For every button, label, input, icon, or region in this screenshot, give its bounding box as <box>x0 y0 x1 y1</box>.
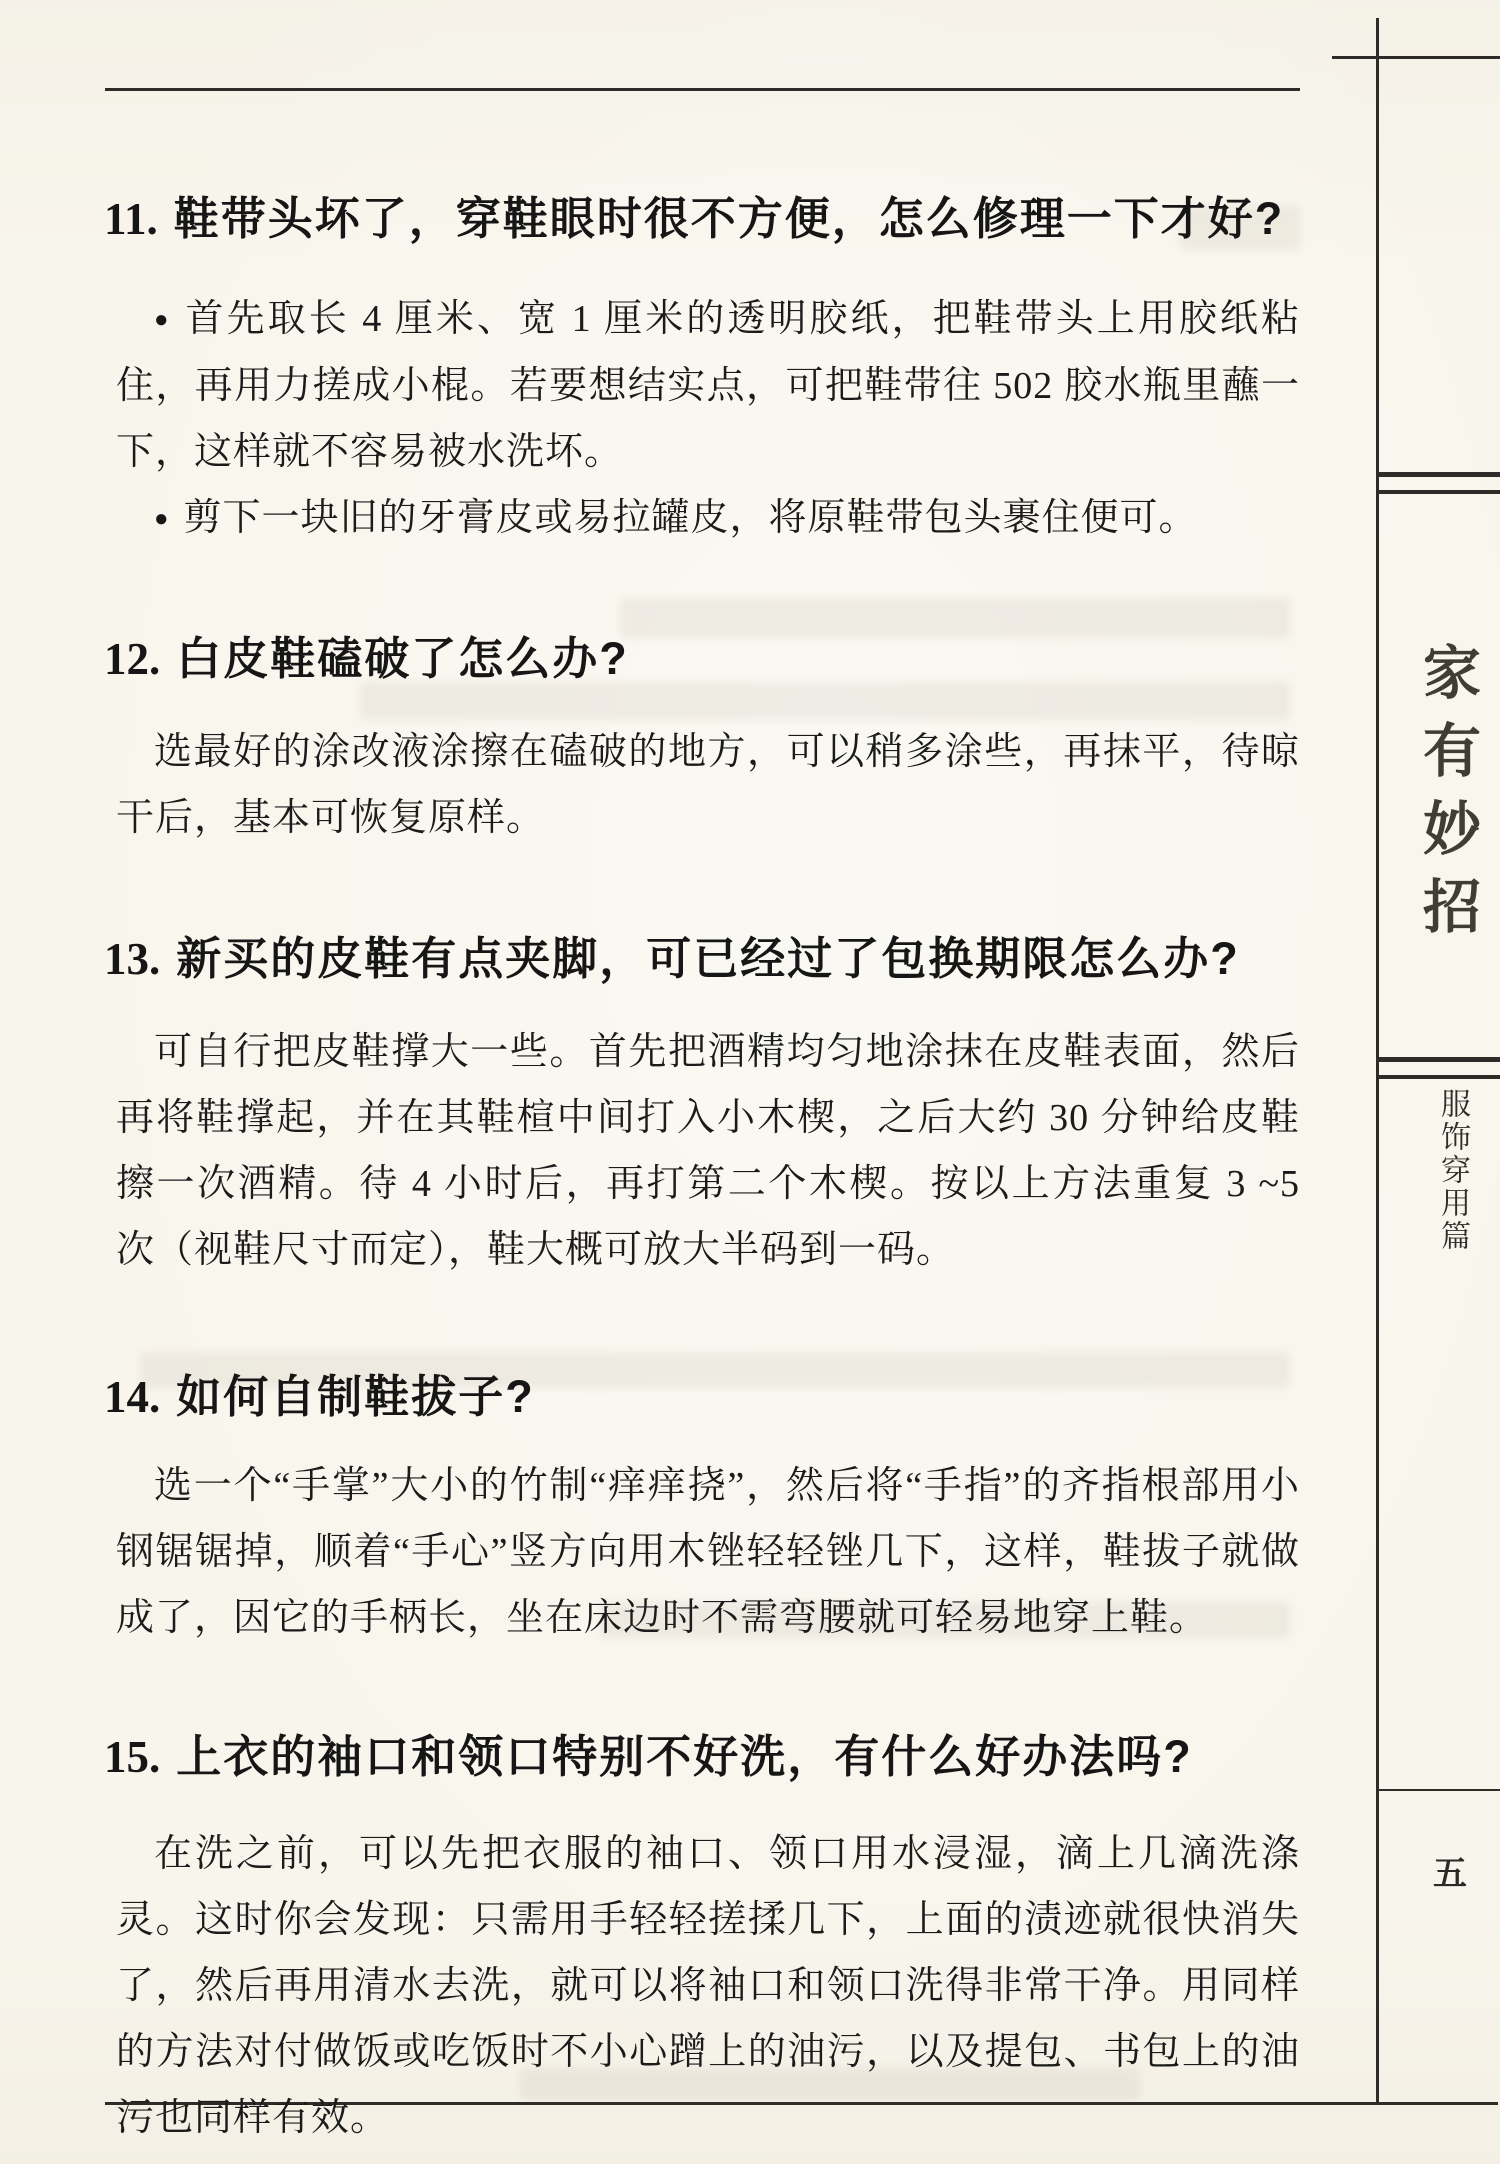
margin-top-right-line <box>1332 56 1500 59</box>
section-12-body: 选最好的涂改液涂擦在磕破的地方，可以稍多涂些，再抹平，待晾干后，基本可恢复原样。 <box>116 719 1300 851</box>
tip-bullet-paragraph: ●剪下一块旧的牙膏皮或易拉罐皮，将原鞋带包头裹住便可。 <box>116 485 1300 552</box>
tip-number: 15. <box>104 1732 160 1782</box>
tip-number: 13. <box>104 934 160 984</box>
book-page-scan: { "page": { "bullet_char": "●", "section… <box>0 0 1500 2164</box>
bullet-icon: ● <box>154 287 170 353</box>
sidebar-chapter-label: 服饰穿用篇 <box>1434 1088 1470 1253</box>
sidebar-double-line-bottom <box>1379 1057 1500 1079</box>
tip-number: 11. <box>104 194 158 244</box>
section-13-body: 可自行把皮鞋撑大一些。首先把酒精均匀地涂抹在皮鞋表面，然后再将鞋撑起，并在其鞋楦… <box>116 1019 1300 1283</box>
sidebar-single-line <box>1379 1789 1500 1791</box>
tip-number: 14. <box>104 1372 160 1422</box>
section-14-body: 选一个“手掌”大小的竹制“痒痒挠”，然后将“手指”的齐指根部用小钢锯锯掉，顺着“… <box>116 1453 1300 1651</box>
page-number: 五 <box>1433 1846 1467 1895</box>
tip-paragraph: 选一个“手掌”大小的竹制“痒痒挠”，然后将“手指”的齐指根部用小钢锯锯掉，顺着“… <box>116 1453 1300 1651</box>
section-11-body: ●首先取长 4 厘米、宽 1 厘米的透明胶纸，把鞋带头上用胶纸粘住，再用力搓成小… <box>116 286 1300 552</box>
bullet-text: 首先取长 4 厘米、宽 1 厘米的透明胶纸，把鞋带头上用胶纸粘住，再用力搓成小棍… <box>116 298 1300 473</box>
bleed-artifact <box>360 682 1290 720</box>
tip-paragraph: 在洗之前，可以先把衣服的袖口、领口用水浸湿，滴上几滴洗涤灵。这时你会发现：只需用… <box>116 1821 1300 2151</box>
tip-title: 鞋带头坏了，穿鞋眼时很不方便，怎么修理一下才好? <box>174 193 1285 244</box>
tip-number: 12. <box>104 634 160 684</box>
section-15-body: 在洗之前，可以先把衣服的袖口、领口用水浸湿，滴上几滴洗涤灵。这时你会发现：只需用… <box>116 1821 1300 2151</box>
tip-paragraph: 可自行把皮鞋撑大一些。首先把酒精均匀地涂抹在皮鞋表面，然后再将鞋撑起，并在其鞋楦… <box>116 1019 1300 1283</box>
bullet-icon: ● <box>154 486 170 552</box>
tip-heading-14: 14.如何自制鞋拔子? <box>104 1371 1300 1423</box>
tip-title: 白皮鞋磕破了怎么办? <box>176 633 629 684</box>
tip-heading-12: 12.白皮鞋磕破了怎么办? <box>104 633 1300 685</box>
bullet-text: 剪下一块旧的牙膏皮或易拉罐皮，将原鞋带包头裹住便可。 <box>184 497 1198 539</box>
tip-title: 新买的皮鞋有点夹脚，可已经过了包换期限怎么办? <box>176 933 1240 984</box>
tip-title: 如何自制鞋拔子? <box>176 1371 535 1422</box>
top-rule <box>105 88 1300 91</box>
tip-paragraph: 选最好的涂改液涂擦在磕破的地方，可以稍多涂些，再抹平，待晾干后，基本可恢复原样。 <box>116 719 1300 851</box>
sidebar-book-title: 家有妙招 <box>1414 642 1478 954</box>
tip-bullet-paragraph: ●首先取长 4 厘米、宽 1 厘米的透明胶纸，把鞋带头上用胶纸粘住，再用力搓成小… <box>116 286 1300 485</box>
tip-heading-15: 15.上衣的袖口和领口特别不好洗，有什么好办法吗? <box>104 1731 1300 1783</box>
tip-heading-11: 11.鞋带头坏了，穿鞋眼时很不方便，怎么修理一下才好? <box>104 193 1300 245</box>
sidebar-double-line-top <box>1379 472 1500 494</box>
tip-heading-13: 13.新买的皮鞋有点夹脚，可已经过了包换期限怎么办? <box>104 933 1300 985</box>
tip-title: 上衣的袖口和领口特别不好洗，有什么好办法吗? <box>176 1731 1193 1782</box>
bleed-artifact <box>620 598 1290 638</box>
